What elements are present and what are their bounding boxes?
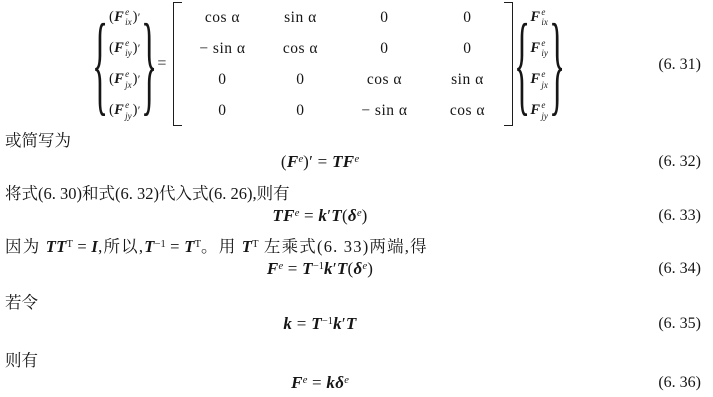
left-force-vector: { (Feix)′(Feiy)′(Fejx)′(Fejy)′ }: [94, 5, 155, 123]
segment: e: [125, 38, 129, 48]
text-line-then-have: 则有: [5, 347, 38, 371]
segment: iy: [125, 48, 132, 58]
matrix-cell: 0: [218, 102, 226, 120]
matrix-cell: cos α: [283, 40, 318, 58]
segment: T: [331, 206, 342, 225]
segment: TF: [272, 206, 294, 225]
segment: )′ =: [303, 152, 332, 171]
equation-body: k = T−1k′T: [283, 314, 356, 333]
segment: ix: [541, 17, 548, 27]
segment: ′: [138, 103, 141, 118]
matrix-cell: − sin α: [361, 102, 407, 120]
segment: TF: [332, 152, 354, 171]
segment: F: [530, 71, 540, 88]
matrix-cell: cos α: [450, 102, 485, 120]
segment: T: [346, 314, 357, 333]
segment: 因为: [5, 237, 46, 256]
segment: ′: [138, 10, 141, 25]
segment: T: [311, 314, 322, 333]
segment: TT: [46, 237, 67, 256]
segment: F: [287, 152, 299, 171]
segment: jy: [125, 111, 132, 121]
segment: e: [541, 7, 545, 17]
segment: e: [125, 69, 129, 79]
segment: e: [354, 154, 359, 165]
segment: ): [362, 206, 368, 225]
segment: F: [530, 102, 540, 119]
vector-entry: Feix: [530, 7, 548, 28]
matrix-cell: cos α: [367, 71, 402, 89]
segment: kδ: [326, 373, 344, 392]
text-line-because: 因为 TTT = I,所以,T−1 = TT。用 TT 左乘式(6. 33)两端…: [5, 233, 428, 257]
segment: k: [318, 206, 327, 225]
segment: =: [299, 206, 318, 225]
segment: ′: [138, 41, 141, 56]
segment: k: [283, 314, 292, 333]
segment: T: [144, 237, 154, 256]
segment: ): [367, 259, 373, 278]
matrix-cell: sin α: [284, 9, 317, 27]
left-vector-entries: (Feix)′(Feiy)′(Fejx)′(Fejy)′: [107, 6, 142, 122]
segment: k: [333, 314, 342, 333]
matrix-cell: − sin α: [199, 40, 245, 58]
superscript-subscript: eiy: [541, 38, 548, 59]
right-curly-brace-icon: }: [551, 5, 564, 123]
segment: ,所以,: [98, 237, 144, 256]
equation-number-6-33: (6. 33): [658, 207, 701, 225]
vector-entry: (Fejx)′: [109, 69, 140, 90]
left-curly-brace-icon: {: [515, 5, 528, 123]
segment: =: [283, 259, 302, 278]
transformation-matrix: cos αsin α00− sin αcos α0000cos αsin α00…: [173, 2, 513, 126]
equation-6-33: TFe = k′T(δe): [0, 206, 640, 226]
vector-entry: (Feix)′: [109, 7, 140, 28]
matrix-cell: sin α: [451, 71, 484, 89]
segment: F: [114, 40, 124, 57]
superscript-subscript: eix: [125, 7, 132, 28]
segment: =: [73, 237, 91, 256]
text-line-if-let: 若令: [5, 289, 38, 313]
matrix-cell: 0: [218, 71, 226, 89]
equation-6-36: Fe = kδe: [0, 373, 640, 393]
superscript-subscript: eix: [541, 7, 548, 28]
segment: −1: [313, 261, 324, 272]
matrix-cell: 0: [296, 71, 304, 89]
right-curly-brace-icon: }: [142, 5, 155, 123]
segment: F: [114, 9, 124, 26]
matrix-cell: 0: [380, 9, 388, 27]
segment: −1: [322, 316, 333, 327]
superscript-subscript: ejx: [125, 69, 132, 90]
equation-6-31: { (Feix)′(Feiy)′(Fejx)′(Fejy)′ } = cos α…: [94, 2, 564, 126]
segment: jy: [541, 111, 548, 121]
segment: 左乘式(6. 33)两端,得: [259, 237, 428, 256]
segment: jx: [541, 80, 548, 90]
segment: T: [242, 237, 252, 256]
textbook-page: { (Feix)′(Feiy)′(Fejx)′(Fejy)′ } = cos α…: [0, 0, 713, 397]
equation-body: Fe = T−1k′T(δe): [267, 259, 373, 278]
segment: F: [114, 71, 124, 88]
matrix-bracket-left-icon: [173, 2, 182, 126]
segment: =: [307, 373, 326, 392]
vector-entry: (Fejy)′: [109, 100, 140, 121]
segment: 。用: [201, 237, 242, 256]
segment: jx: [125, 80, 132, 90]
segment: F: [530, 40, 540, 57]
equation-body: TFe = k′T(δe): [272, 206, 367, 225]
text-line-or-abbreviated: 或简写为: [5, 127, 71, 151]
segment: T: [302, 259, 313, 278]
segment: F: [267, 259, 279, 278]
segment: =: [166, 237, 184, 256]
equation-6-34: Fe = T−1k′T(δe): [0, 259, 640, 279]
text-line-substitute: 将式(6. 30)和式(6. 32)代入式(6. 26),则有: [5, 180, 290, 204]
superscript-subscript: ejy: [125, 100, 132, 121]
equation-6-32: (Fe)′ = TFe: [0, 152, 640, 172]
segment: iy: [541, 48, 548, 58]
segment: F: [291, 373, 303, 392]
left-curly-brace-icon: {: [94, 5, 107, 123]
superscript-subscript: eiy: [125, 38, 132, 59]
segment: T: [337, 259, 348, 278]
matrix-cell: cos α: [205, 9, 240, 27]
matrix-cell: 0: [296, 102, 304, 120]
segment: F: [114, 102, 124, 119]
superscript-subscript: ejx: [541, 69, 548, 90]
segment: F: [530, 9, 540, 26]
vector-entry: Fejy: [530, 100, 548, 121]
equation-number-6-35: (6. 35): [658, 315, 701, 333]
equation-body: (Fe)′ = TFe: [281, 152, 359, 171]
matrix-cell: 0: [463, 40, 471, 58]
equation-number-6-31: (6. 31): [658, 56, 701, 74]
equation-number-6-32: (6. 32): [658, 153, 701, 171]
segment: e: [541, 38, 545, 48]
equation-number-6-34: (6. 34): [658, 260, 701, 278]
segment: T: [184, 237, 194, 256]
segment: −1: [155, 239, 166, 250]
equation-6-35: k = T−1k′T: [0, 314, 640, 334]
matrix-cell: 0: [380, 40, 388, 58]
equation-body: Fe = kδe: [291, 373, 349, 392]
vector-entry: Feiy: [530, 38, 548, 59]
segment: ′: [138, 72, 141, 87]
right-vector-entries: FeixFeiyFejxFejy: [528, 6, 550, 122]
segment: e: [125, 7, 129, 17]
segment: δ: [354, 259, 363, 278]
vector-entry: Fejx: [530, 69, 548, 90]
matrix-cell: 0: [463, 9, 471, 27]
segment: e: [344, 375, 349, 386]
segment: e: [541, 69, 545, 79]
segment: ix: [125, 17, 132, 27]
segment: =: [292, 314, 311, 333]
segment: k: [324, 259, 333, 278]
segment: δ: [348, 206, 357, 225]
superscript-subscript: ejy: [541, 100, 548, 121]
segment: e: [125, 100, 129, 110]
vector-entry: (Feiy)′: [109, 38, 140, 59]
segment: e: [541, 100, 545, 110]
matrix-grid: cos αsin α00− sin αcos α0000cos αsin α00…: [182, 2, 504, 126]
equals-sign: =: [157, 55, 166, 73]
right-force-vector: { FeixFeiyFejxFejy }: [515, 5, 563, 123]
matrix-bracket-right-icon: [504, 2, 513, 126]
equation-number-6-36: (6. 36): [658, 374, 701, 392]
